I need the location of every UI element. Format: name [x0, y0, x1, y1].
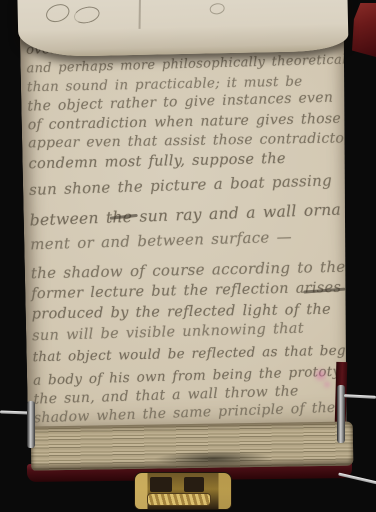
handwritten-text-block: over in reflected light and as showed th… — [26, 27, 348, 435]
manuscript-line: sun will be visible unknowing that — [32, 321, 304, 345]
manuscript-line: condemn most fully, suppose the — [28, 151, 286, 172]
pencil-oval-scribble — [72, 4, 101, 26]
brass-clasp — [134, 472, 232, 510]
manuscript-line: former lecture but the reflection arises — [31, 280, 341, 302]
metal-clip-left — [27, 401, 35, 448]
manuscript-line: produced by the reflected light of the — [32, 302, 332, 323]
manuscript-line: of contradiction when nature gives those — [28, 111, 342, 134]
clasp-slot — [150, 477, 172, 492]
holding-wire-bottom-right — [338, 473, 376, 484]
sketchbook-photograph: over in reflected light and as showed th… — [0, 0, 376, 512]
page-crease — [139, 0, 141, 29]
pencil-ring-mark — [209, 2, 226, 15]
pencil-oval-scribble — [44, 1, 72, 25]
manuscript-line: that object would be reflected as that b… — [32, 342, 376, 366]
curled-previous-page — [17, 0, 348, 57]
holding-wire-right — [344, 394, 376, 398]
page-fore-edge-stack — [31, 421, 354, 470]
manuscript-line: between the sun ray and a wall orna — [29, 201, 341, 230]
clasp-slot — [184, 477, 204, 492]
manuscript-line: appear even that assist those contradict… — [28, 130, 360, 151]
manuscript-page: over in reflected light and as showed th… — [20, 27, 352, 436]
clasp-roller-bar — [147, 493, 211, 506]
pink-paint-smudge — [322, 380, 332, 389]
holding-wire-left — [0, 410, 30, 414]
manuscript-line: sun shone the picture a boat passing — [29, 171, 332, 199]
manuscript-line: the shadow of course according to the — [31, 258, 346, 283]
fore-edge-shadow-smudge — [128, 447, 298, 472]
manuscript-line: ment or and between surface — — [30, 228, 292, 254]
red-cover-corner — [352, 3, 376, 57]
